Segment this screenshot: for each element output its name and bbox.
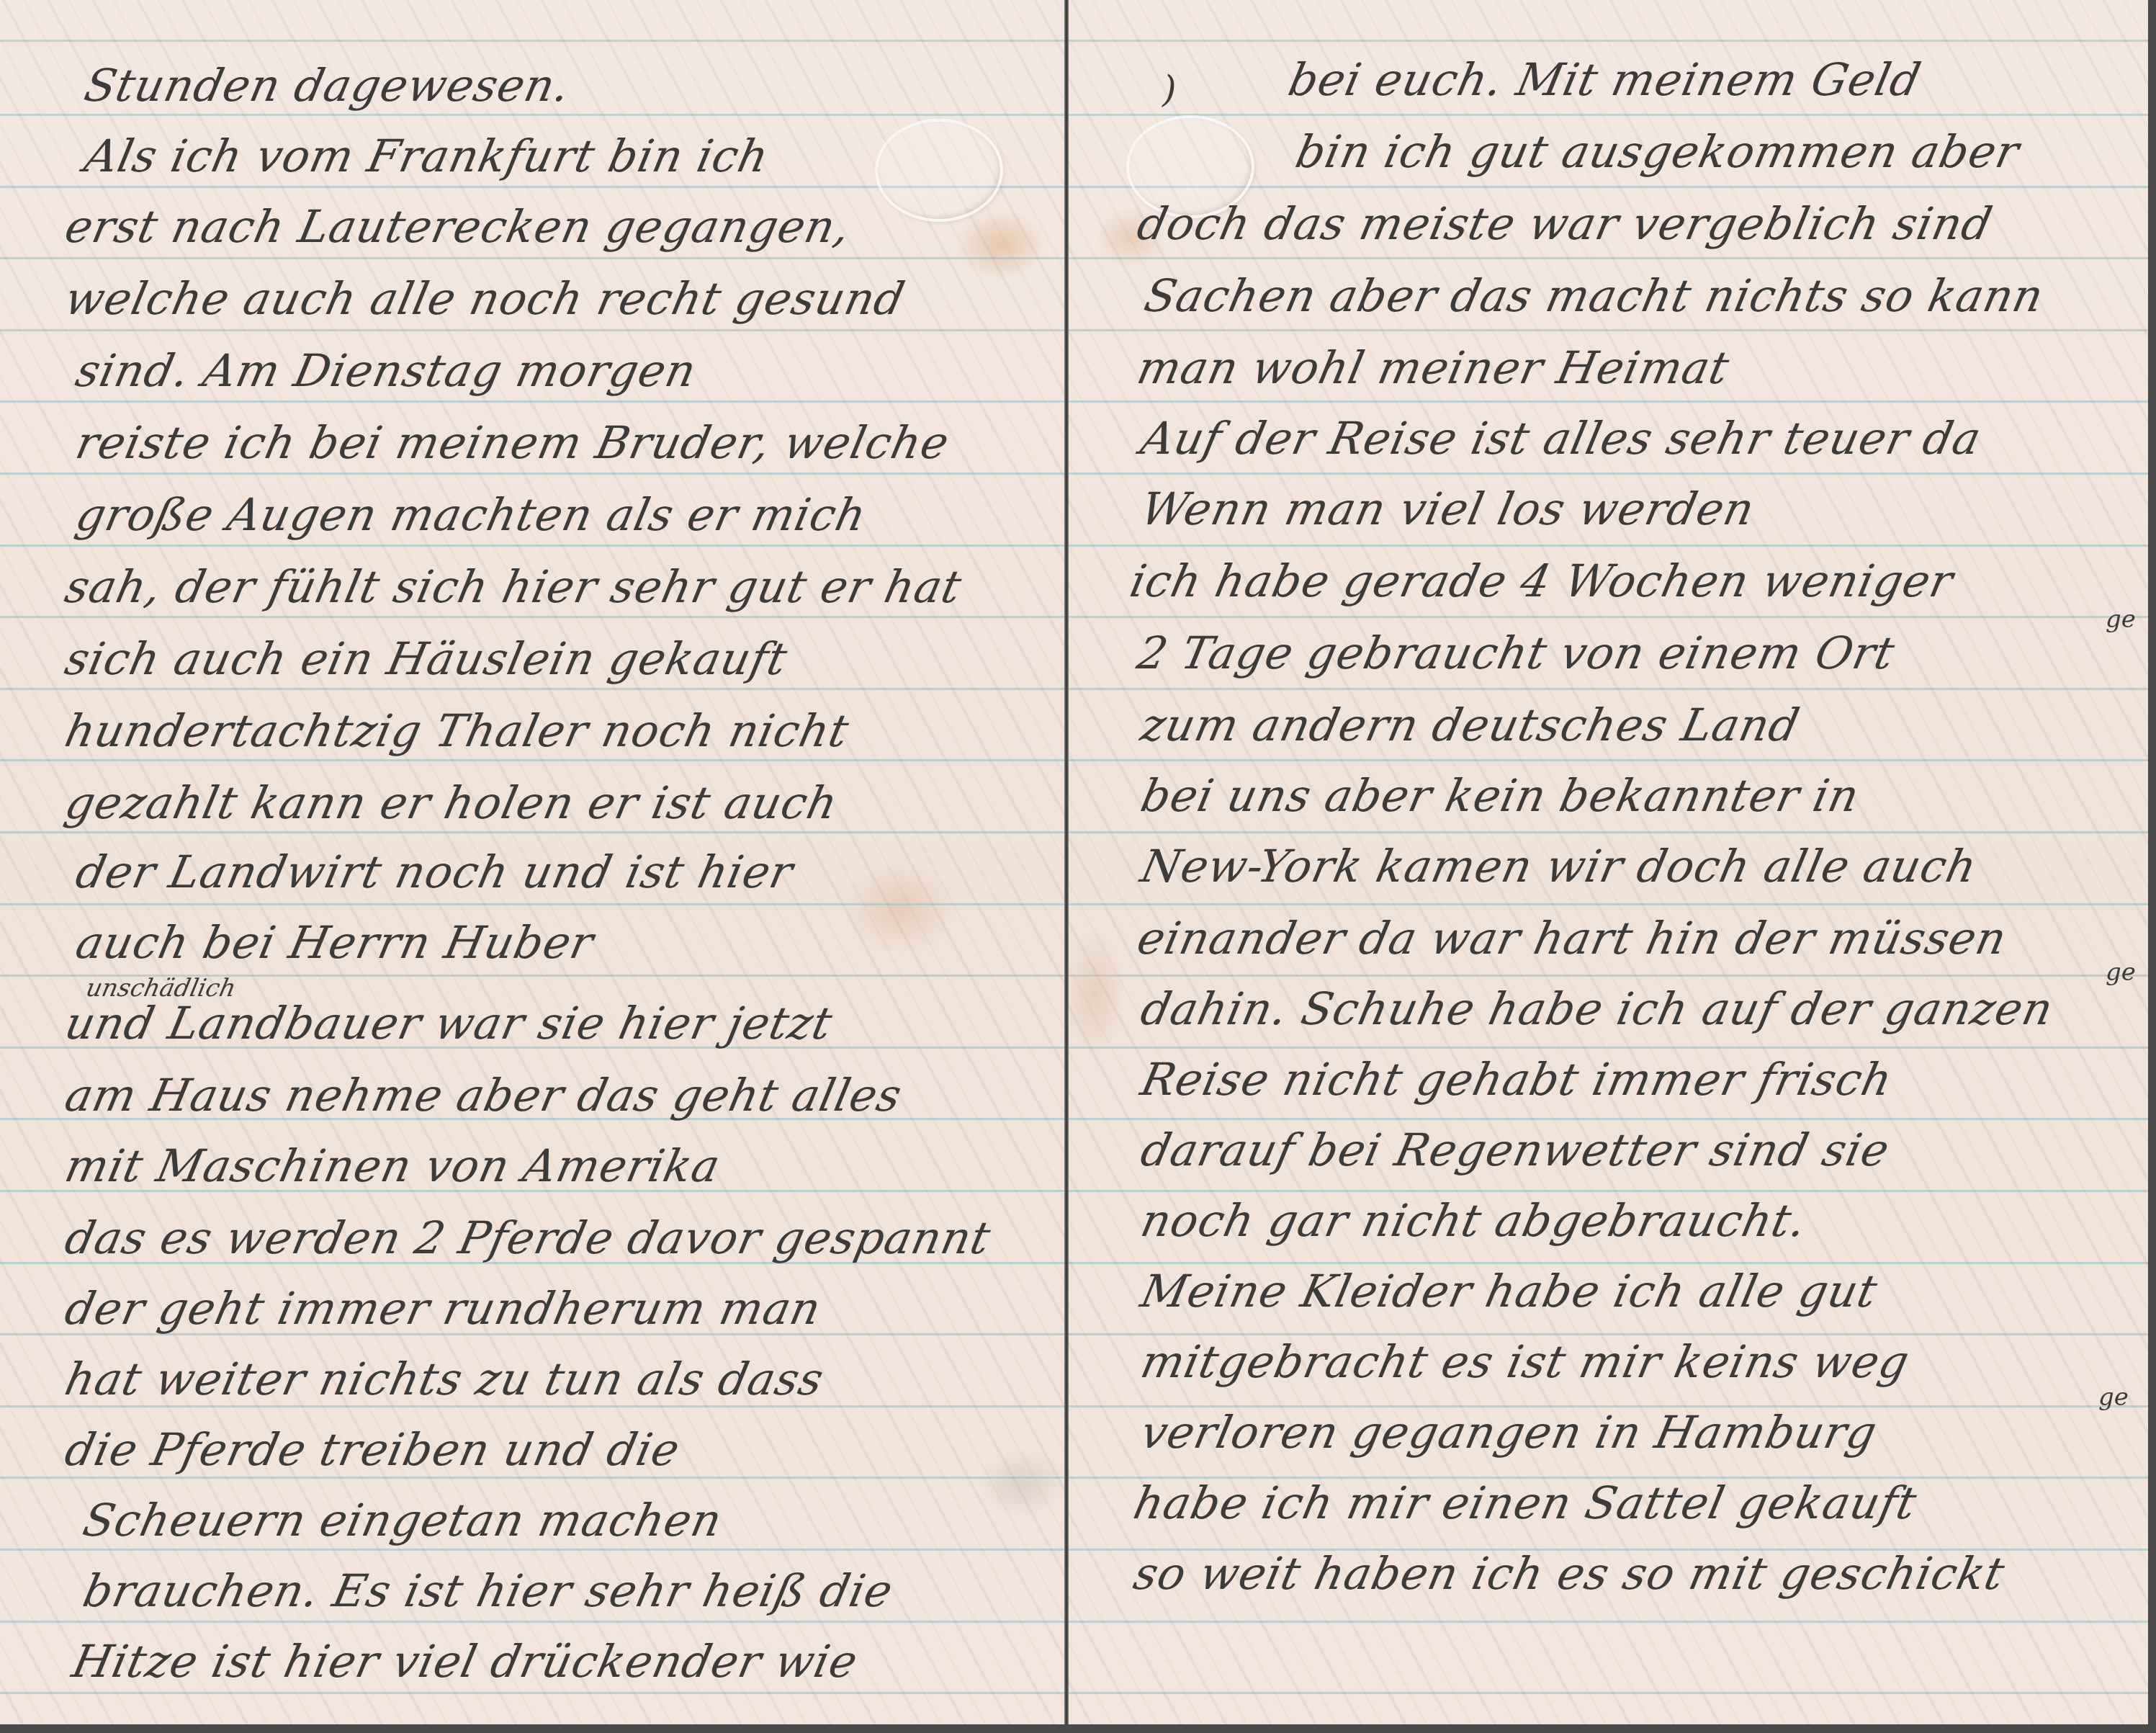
text-line: Als ich vom Frankfurt bin ich (81, 134, 773, 179)
text-line: mit Maschinen von Amerika (61, 1144, 724, 1188)
text-line: reiste ich bei meinem Bruder, welche (72, 421, 953, 465)
text-line: Scheuern eingetan machen (79, 1498, 726, 1543)
text-line: noch gar nicht abgebraucht. (1137, 1199, 1810, 1243)
text-line: sich auch ein Häuslein gekauft (61, 637, 791, 681)
margin-note: ge (2106, 958, 2136, 987)
text-line: ich habe gerade 4 Wochen weniger (1126, 559, 1957, 604)
text-line: Wenn man viel los werden (1137, 487, 1759, 532)
text-line: gezahlt kann er holen er ist auch (61, 781, 842, 825)
text-line: die Pferde treiben und die (61, 1428, 684, 1472)
text-line: Reise nicht gehabt immer frisch (1137, 1057, 1897, 1102)
text-line: man wohl meiner Heimat (1133, 346, 1733, 390)
text-line: zum andern deutsches Land (1137, 703, 1804, 748)
left-page-text: Stunden dagewesen. Als ich vom Frankfurt… (0, 0, 1064, 1724)
text-line: so weit haben ich es so mit geschickt (1130, 1551, 2009, 1596)
text-line: dahin. Schuhe habe ich auf der ganzen (1137, 987, 2057, 1031)
scan-border-right (2148, 0, 2156, 1733)
text-line: Meine Kleider habe ich alle gut (1137, 1269, 1882, 1314)
text-line: der Landwirt noch und ist hier (72, 850, 797, 895)
left-page: Stunden dagewesen. Als ich vom Frankfurt… (0, 0, 1064, 1724)
text-line: hundertachtzig Thaler noch nicht (61, 709, 853, 753)
text-line: doch das meiste war vergeblich sind (1133, 202, 1996, 246)
text-line: verloren gegangen in Hamburg (1137, 1410, 1881, 1455)
right-page-text: bei euch. Mit meinem Geld bin ich gut au… (1069, 0, 2148, 1724)
text-line: auch bei Herrn Huber (72, 921, 598, 965)
text-line: sind. Am Dienstag morgen (72, 349, 700, 393)
text-line: und Landbauer war sie hier jetzt (61, 1001, 836, 1046)
text-line: einander da war hart hin der müssen (1133, 916, 2011, 961)
text-line: Sachen aber das macht nichts so kann (1141, 274, 2048, 318)
text-line: bei euch. Mit meinem Geld (1285, 58, 1925, 102)
margin-note: ge (2106, 605, 2136, 634)
letter-sheet: Stunden dagewesen. Als ich vom Frankfurt… (0, 0, 2148, 1724)
text-line: mitgebracht es ist mir keins weg (1137, 1340, 1913, 1384)
text-line: hat weiter nichts zu tun als dass (61, 1357, 827, 1402)
text-line: das es werden 2 Pferde davor gespannt (61, 1216, 994, 1260)
text-line: 2 Tage gebraucht von einem Ort (1133, 631, 1899, 676)
text-line: am Haus nehme aber das geht alles (61, 1073, 906, 1118)
text-line: bin ich gut ausgekommen aber (1292, 130, 2024, 174)
right-page: ) bei euch. Mit meinem Geld bin ich gut … (1069, 0, 2148, 1724)
text-line: Stunden dagewesen. (81, 63, 574, 108)
text-line: brauchen. Es ist hier sehr heiß die (79, 1569, 897, 1613)
text-line: große Augen machten als er mich (72, 493, 871, 537)
text-line: darauf bei Regenwetter sind sie (1137, 1128, 1894, 1173)
text-line: New-York kamen wir doch alle auch (1137, 844, 1981, 889)
text-line: der geht immer rundherum man (61, 1286, 825, 1331)
text-line: welche auch alle noch recht gesund (61, 277, 909, 321)
text-line: sah, der fühlt sich hier sehr gut er hat (61, 565, 966, 609)
text-line: habe ich mir einen Sattel gekauft (1130, 1481, 1921, 1526)
margin-note: ge (2098, 1383, 2129, 1412)
text-line: erst nach Lauterecken gegangen, (61, 205, 855, 249)
scan-border-bottom (0, 1724, 2156, 1733)
text-line: Hitze ist hier viel drückender wie (68, 1639, 862, 1684)
text-line: Auf der Reise ist alles sehr teuer da (1137, 416, 1985, 461)
text-line: bei uns aber kein bekannter in (1137, 774, 1863, 818)
